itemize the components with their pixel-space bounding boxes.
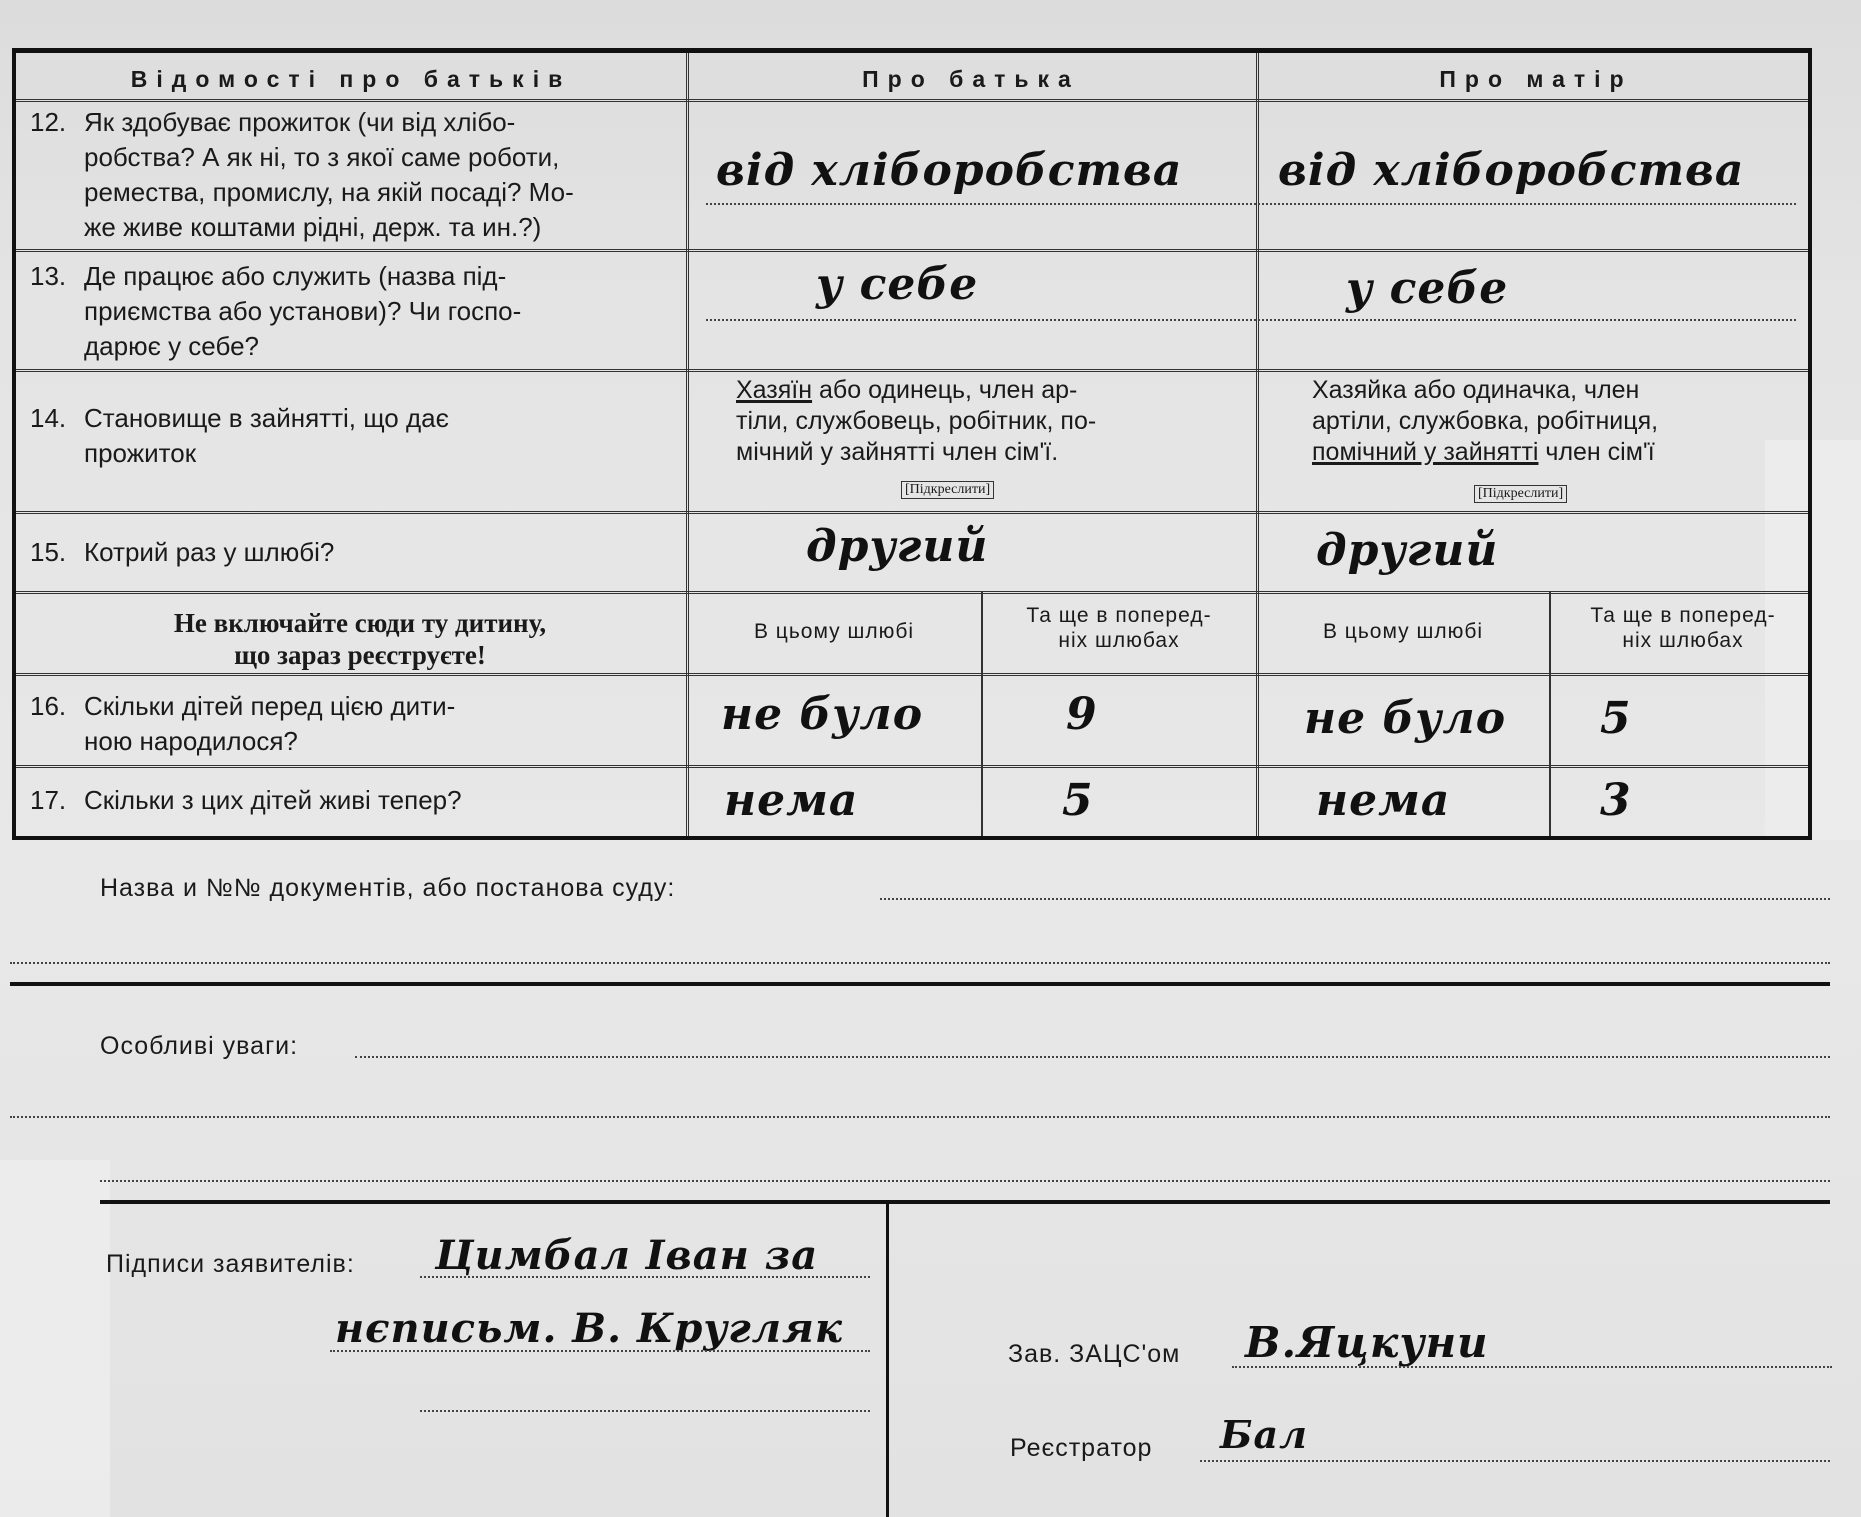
answer-12-father: від хлібоpобства <box>716 145 1182 196</box>
remarks-field-line[interactable] <box>10 1116 1830 1118</box>
selected-option: Хазяїн <box>736 376 812 404</box>
zags-head-label: Зав. ЗАЦС'ом <box>1008 1340 1180 1369</box>
signature-divider <box>886 1204 889 1517</box>
answer-17-father-this: нема <box>724 775 858 826</box>
exclusion-note: Не включайте сюди ту дитину, що зараз ре… <box>30 607 690 671</box>
signature-line <box>330 1350 870 1352</box>
section-divider <box>10 982 1830 986</box>
row-divider <box>16 249 1808 252</box>
answer-16-mother-this: не було <box>1304 693 1506 744</box>
selected-option: помічний у зайнятті <box>1312 438 1538 466</box>
registrar-signature: Бал <box>1220 1412 1308 1457</box>
answer-16-father-this: не було <box>721 689 923 740</box>
question-14: 14.Становище в зайнятті, що дає прожиток <box>30 401 690 471</box>
question-13: 13.Де працює або служить (назва під- при… <box>30 259 690 364</box>
subcolumn-divider <box>1549 591 1551 836</box>
signature-line <box>420 1276 870 1278</box>
answer-17-father-previous: 5 <box>1062 775 1094 826</box>
answer-13-father: у себе <box>816 259 978 310</box>
occupation-options-father[interactable]: Хазяїн або одинець, член ар- тіли, служб… <box>736 375 1236 468</box>
underline-instruction: [Підкреслити] <box>901 481 994 499</box>
applicants-signatures-label: Підписи заявителів: <box>106 1250 355 1279</box>
occupation-options-mother[interactable]: Хазяйка або одиначка, член артіли, служб… <box>1312 375 1802 468</box>
answer-16-father-previous: 9 <box>1066 689 1098 740</box>
subheader-mother-this-marriage: В цьому шлюбі <box>1258 619 1548 644</box>
parents-info-table: Відомості про батьків Про батька Про мат… <box>12 48 1812 840</box>
question-12: 12.Як здобуває прожиток (чи від хлібо- р… <box>30 105 690 245</box>
row-divider <box>16 591 1808 594</box>
applicant-signature-2: нєписьм. В. Кругляк <box>335 1305 843 1352</box>
answer-16-mother-previous: 5 <box>1600 693 1632 744</box>
section-divider <box>100 1200 1830 1204</box>
question-17: 17.Скільки з цих дітей живі тепер? <box>30 783 690 818</box>
documents-field-line[interactable] <box>10 962 1830 964</box>
row-divider <box>16 673 1808 676</box>
subcolumn-divider <box>981 591 983 836</box>
question-15: 15.Котрий раз у шлюбі? <box>30 535 690 570</box>
row-divider <box>16 369 1808 372</box>
row-divider <box>16 99 1808 102</box>
answer-12-mother: від хліборобства <box>1278 145 1744 196</box>
documents-label: Назва и №№ документів, або постанова суд… <box>100 874 675 903</box>
remarks-label: Особливі уваги: <box>100 1032 298 1061</box>
row-divider <box>16 765 1808 768</box>
documents-field[interactable] <box>880 898 1830 900</box>
subheader-father-previous: Та ще в поперед- ніх шлюбах <box>984 603 1254 653</box>
signature-line <box>420 1410 870 1412</box>
answer-line <box>706 319 1796 321</box>
answer-17-mother-this: нема <box>1316 775 1450 826</box>
row-divider <box>16 511 1808 514</box>
header-mother: Про матір <box>1256 59 1816 99</box>
header-parents-info: Відомості про батьків <box>16 59 686 99</box>
answer-15-father: другий <box>806 521 988 572</box>
column-divider <box>1256 53 1259 836</box>
remarks-field-line[interactable] <box>100 1180 1830 1182</box>
header-father: Про батька <box>686 59 1256 99</box>
registrar-label: Реєстратор <box>1010 1434 1152 1463</box>
subheader-mother-previous: Та ще в поперед- ніх шлюбах <box>1552 603 1814 653</box>
underline-instruction: [Підкреслити] <box>1474 485 1567 503</box>
paper-fold <box>0 1160 110 1517</box>
question-16: 16.Скільки дітей перед цією дити- ною на… <box>30 689 690 759</box>
subheader-father-this-marriage: В цьому шлюбі <box>688 619 980 644</box>
signature-line <box>1200 1460 1830 1462</box>
applicant-signature-1: Цимбал Іван за <box>435 1232 818 1279</box>
remarks-field[interactable] <box>355 1056 1830 1058</box>
answer-15-mother: другий <box>1316 525 1498 576</box>
zags-head-signature: В.Яцкуни <box>1245 1318 1489 1367</box>
signature-line <box>1232 1366 1832 1368</box>
answer-13-mother: у себе <box>1346 263 1508 314</box>
answer-line <box>706 203 1796 205</box>
answer-17-mother-previous: 3 <box>1600 775 1632 826</box>
